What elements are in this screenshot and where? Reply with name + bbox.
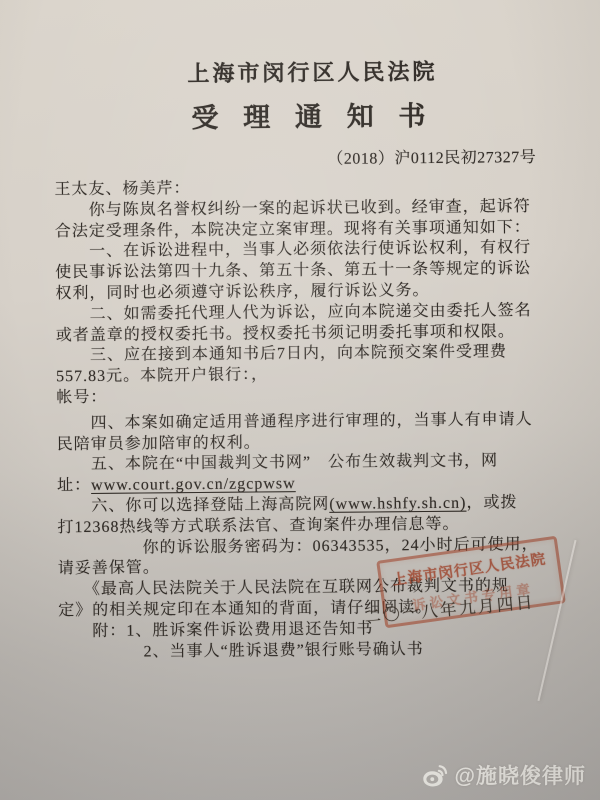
weibo-icon xyxy=(422,762,449,789)
watermark-handle: @施晓俊律师 xyxy=(455,760,586,790)
document-title: 受 理 通 知 书 xyxy=(54,93,572,137)
case-number: （2018）沪0112民初27327号 xyxy=(54,144,572,172)
court-name: 上海市闵行区人民法院 xyxy=(53,54,571,90)
watermark: @施晓俊律师 xyxy=(422,760,586,790)
url-text: (www.hshfy.sh.cn) xyxy=(329,495,466,513)
doc-line: 2、当事人“胜诉退费”银行账号确认书 xyxy=(58,638,576,663)
document-photo: 上海市闵行区人民法院 受 理 通 知 书 （2018）沪0112民初27327号… xyxy=(0,0,600,800)
url-text: www.court.gov.cn/zgcpwsw xyxy=(91,475,296,494)
